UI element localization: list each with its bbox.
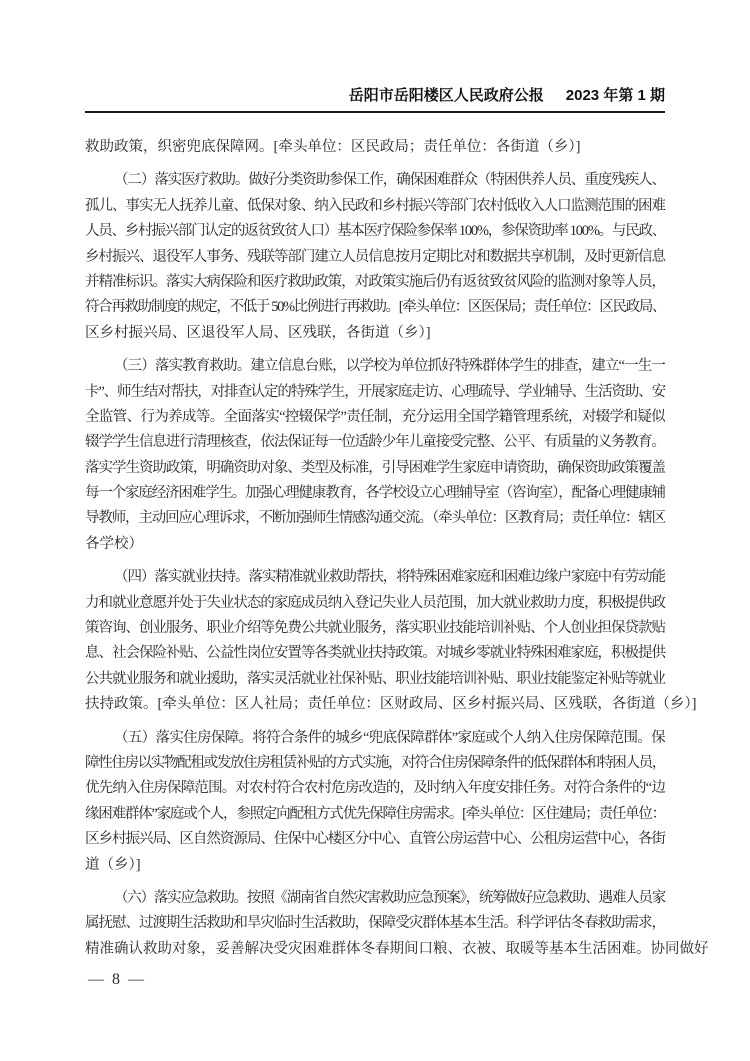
paragraph: （六）落实应急救助。按照《湖南省自然灾害救助应急预案》，统筹做好应急救助、遇难人… <box>85 886 665 962</box>
text-line-content: 并精准标识。落实大病保险和医疗救助政策，对政策实施后仍有返贫致贫风险的监测对象等… <box>85 274 665 290</box>
text-line-content: 道（乡）] <box>85 857 141 873</box>
text-line-content: 策咨询、创业服务、职业介绍等免费公共就业服务，落实职业技能培训补贴、个人创业担保… <box>85 620 665 636</box>
text-line: 策咨询、创业服务、职业介绍等免费公共就业服务，落实职业技能培训补贴、个人创业担保… <box>85 616 665 641</box>
text-line-content: 扶持政策。[牵头单位：区人社局；责任单位：区财政局、区乡村振兴局、区残联，各街道… <box>85 696 696 712</box>
text-line: 符合再救助制度的规定，不低于 50%比例进行再救助。[牵头单位：区医保局；责任单… <box>85 295 665 320</box>
text-line: 人员、乡村振兴部门认定的返贫致贫人口）基本医疗保险参保率 100%，参保资助率 … <box>85 219 665 244</box>
text-line-content: 乡村振兴、退役军人事务、残联等部门建立人员信息按月定期比对和数据共享机制，及时更… <box>85 249 665 265</box>
text-line: 优先纳入住房保障范围。对农村符合农村危房改造的，及时纳入年度安排任务。对符合条件… <box>85 776 665 801</box>
text-line-content: 辍学学生信息进行清理核查，依法保证每一位适龄少年儿童接受完整、公平、有质量的义务… <box>85 434 665 450</box>
text-line: 乡村振兴、退役军人事务、残联等部门建立人员信息按月定期比对和数据共享机制，及时更… <box>85 245 665 270</box>
paragraph: （二）落实医疗救助。做好分类资助参保工作，确保困难群众（特困供养人员、重度残疾人… <box>85 168 665 346</box>
text-line: 缘困难群体”家庭或个人，参照定向配租方式优先保障住房需求。[牵头单位：区住建局；… <box>85 802 665 827</box>
text-line-content: 障性住房以实物配租或发放住房租赁补贴的方式实施，对符合住房保障条件的低保群体和特… <box>85 755 665 771</box>
text-line: 卡”、师生结对帮扶，对排查认定的特殊学生，开展家庭走访、心理疏导、学业辅导、生活… <box>85 380 665 405</box>
text-line: （二）落实医疗救助。做好分类资助参保工作，确保困难群众（特困供养人员、重度残疾人… <box>85 168 665 193</box>
text-line-content: 优先纳入住房保障范围。对农村符合农村危房改造的，及时纳入年度安排任务。对符合条件… <box>85 780 665 796</box>
text-line: （三）落实教育救助。建立信息台账，以学校为单位抓好特殊群体学生的排查，建立“一生… <box>85 354 665 379</box>
text-line: （六）落实应急救助。按照《湖南省自然灾害救助应急预案》，统筹做好应急救助、遇难人… <box>85 886 665 911</box>
text-line-content: 全监管、行为养成等。全面落实“控辍保学”责任制，充分运用全国学籍管理系统，对辍学… <box>85 409 665 425</box>
text-line-content: （四）落实就业扶持。落实精准就业救助帮扶，将特殊困难家庭和困难边缘户家庭中有劳动… <box>114 569 665 585</box>
text-line: 区乡村振兴局、区退役军人局、区残联，各街道（乡）] <box>85 321 665 346</box>
page-number: — 8 — <box>88 971 146 988</box>
page-footer: — 8 — <box>88 971 146 989</box>
text-line-content: 力和就业意愿并处于失业状态的家庭成员纳入登记失业人员范围，加大就业救助力度，积极… <box>85 595 665 611</box>
text-line-content: 导教师，主动回应心理诉求，不断加强师生情感沟通交流。（牵头单位：区教育局；责任单… <box>85 510 665 526</box>
text-line-content: 区乡村振兴局、区自然资源局、住保中心楼区分中心、直管公房运营中心、公租房运营中心… <box>85 831 665 847</box>
text-line: 息、社会保险补贴、公益性岗位安置等各类就业扶持政策。对城乡零就业特殊困难家庭，积… <box>85 641 665 666</box>
text-line: （五）落实住房保障。将符合条件的城乡“兜底保障群体”家庭或个人纳入住房保障范围。… <box>85 726 665 751</box>
text-line-content: 公共就业服务和就业援助，落实灵活就业社保补贴、职业技能培训补贴、职业技能鉴定补贴… <box>85 671 665 687</box>
text-line: 全监管、行为养成等。全面落实“控辍保学”责任制，充分运用全国学籍管理系统，对辍学… <box>85 405 665 430</box>
text-line: 孤儿、事实无人抚养儿童、低保对象、纳入民政和乡村振兴等部门农村低收入人口监测范围… <box>85 194 665 219</box>
text-line: 救助政策，织密兜底保障网。[牵头单位：区民政局；责任单位：各街道（乡）] <box>85 135 665 160</box>
text-line-content: 卡”、师生结对帮扶，对排查认定的特殊学生，开展家庭走访、心理疏导、学业辅导、生活… <box>85 384 665 400</box>
text-line-content: （六）落实应急救助。按照《湖南省自然灾害救助应急预案》，统筹做好应急救助、遇难人… <box>114 890 665 906</box>
text-line-content: 孤儿、事实无人抚养儿童、低保对象、纳入民政和乡村振兴等部门农村低收入人口监测范围… <box>85 198 665 214</box>
text-line: 公共就业服务和就业援助，落实灵活就业社保补贴、职业技能培训补贴、职业技能鉴定补贴… <box>85 667 665 692</box>
text-line-content: 息、社会保险补贴、公益性岗位安置等各类就业扶持政策。对城乡零就业特殊困难家庭，积… <box>85 645 665 661</box>
text-line-content: 每一个家庭经济困难学生。加强心理健康教育，各学校设立心理辅导室（咨询室），配备心… <box>85 485 665 501</box>
text-line-content: 各学校） <box>85 536 143 552</box>
gazette-issue: 2023 年第 1 期 <box>566 87 665 104</box>
page-header: 岳阳市岳阳楼区人民政府公报2023 年第 1 期 <box>85 84 665 113</box>
text-line: 各学校） <box>85 532 665 557</box>
text-line: （四）落实就业扶持。落实精准就业救助帮扶，将特殊困难家庭和困难边缘户家庭中有劳动… <box>85 565 665 590</box>
text-line-content: 属抚慰、过渡期生活救助和旱灾临时生活救助，保障受灾群体基本生活。科学评估冬春救助… <box>85 915 665 931</box>
text-line: 辍学学生信息进行清理核查，依法保证每一位适龄少年儿童接受完整、公平、有质量的义务… <box>85 430 665 455</box>
text-line-content: 区乡村振兴局、区退役军人局、区残联，各街道（乡）] <box>85 325 431 341</box>
gazette-title: 岳阳市岳阳楼区人民政府公报 <box>349 87 544 104</box>
paragraph: 救助政策，织密兜底保障网。[牵头单位：区民政局；责任单位：各街道（乡）] <box>85 135 665 160</box>
text-line: 落实学生资助政策，明确资助对象、类型及标准，引导困难学生家庭申请资助，确保资助政… <box>85 456 665 481</box>
text-line: 道（乡）] <box>85 853 665 878</box>
text-line: 每一个家庭经济困难学生。加强心理健康教育，各学校设立心理辅导室（咨询室），配备心… <box>85 481 665 506</box>
text-line-content: 人员、乡村振兴部门认定的返贫致贫人口）基本医疗保险参保率 100%，参保资助率 … <box>85 223 665 239</box>
text-line: 障性住房以实物配租或发放住房租赁补贴的方式实施，对符合住房保障条件的低保群体和特… <box>85 751 665 776</box>
text-line-content: （五）落实住房保障。将符合条件的城乡“兜底保障群体”家庭或个人纳入住房保障范围。… <box>114 730 665 746</box>
text-line: 导教师，主动回应心理诉求，不断加强师生情感沟通交流。（牵头单位：区教育局；责任单… <box>85 506 665 531</box>
text-line-content: 符合再救助制度的规定，不低于 50%比例进行再救助。[牵头单位：区医保局；责任单… <box>85 299 665 315</box>
text-line: 区乡村振兴局、区自然资源局、住保中心楼区分中心、直管公房运营中心、公租房运营中心… <box>85 827 665 852</box>
text-line-content: 缘困难群体”家庭或个人，参照定向配租方式优先保障住房需求。[牵头单位：区住建局；… <box>85 806 665 822</box>
text-line-content: 落实学生资助政策，明确资助对象、类型及标准，引导困难学生家庭申请资助，确保资助政… <box>85 460 665 476</box>
text-line-content: （三）落实教育救助。建立信息台账，以学校为单位抓好特殊群体学生的排查，建立“一生… <box>114 358 665 374</box>
text-line: 属抚慰、过渡期生活救助和旱灾临时生活救助，保障受灾群体基本生活。科学评估冬春救助… <box>85 911 665 936</box>
text-line: 扶持政策。[牵头单位：区人社局；责任单位：区财政局、区乡村振兴局、区残联，各街道… <box>85 692 665 717</box>
text-line: 精准确认救助对象，妥善解决受灾困难群体冬春期间口粮、衣被、取暖等基本生活困难。协… <box>85 937 665 962</box>
text-line: 力和就业意愿并处于失业状态的家庭成员纳入登记失业人员范围，加大就业救助力度，积极… <box>85 591 665 616</box>
paragraph: （四）落实就业扶持。落实精准就业救助帮扶，将特殊困难家庭和困难边缘户家庭中有劳动… <box>85 565 665 717</box>
text-line: 并精准标识。落实大病保险和医疗救助政策，对政策实施后仍有返贫致贫风险的监测对象等… <box>85 270 665 295</box>
paragraph: （三）落实教育救助。建立信息台账，以学校为单位抓好特殊群体学生的排查，建立“一生… <box>85 354 665 557</box>
text-line-content: 救助政策，织密兜底保障网。[牵头单位：区民政局；责任单位：各街道（乡）] <box>85 139 580 155</box>
paragraph: （五）落实住房保障。将符合条件的城乡“兜底保障群体”家庭或个人纳入住房保障范围。… <box>85 726 665 878</box>
document-body: 救助政策，织密兜底保障网。[牵头单位：区民政局；责任单位：各街道（乡）]（二）落… <box>85 135 665 970</box>
text-line-content: 精准确认救助对象，妥善解决受灾困难群体冬春期间口粮、衣被、取暖等基本生活困难。协… <box>85 941 709 957</box>
gazette-page: 岳阳市岳阳楼区人民政府公报2023 年第 1 期 救助政策，织密兜底保障网。[牵… <box>0 0 750 1061</box>
text-line-content: （二）落实医疗救助。做好分类资助参保工作，确保困难群众（特困供养人员、重度残疾人… <box>114 172 665 188</box>
